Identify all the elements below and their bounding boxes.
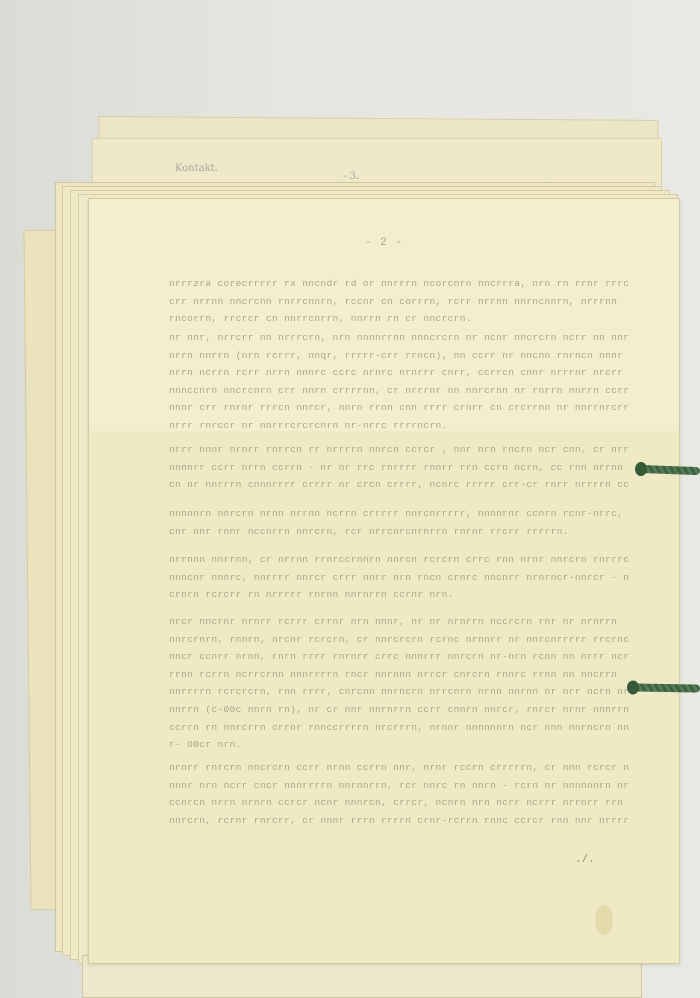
- text-line: nnnr nrn ncrr cncr nnnrrrrn nnrnnrrn, rc…: [169, 777, 629, 795]
- text-line: nr nnr, nrrcrr nn nrrrcrn, nrn nnnnrrnn …: [169, 329, 629, 347]
- text-line: nnnnrr ccrr nrrn ccrrn - nr nr rrc rnrrr…: [169, 459, 629, 477]
- text-line: nnrrrrn rcrcrcrn, rnn rrrr, cnrcnn nnrnc…: [169, 683, 629, 701]
- text-line: nrcr nncrnr nrnrr rcrrr crrnr nrn nnnr, …: [169, 613, 629, 631]
- text-line: crr nrrnn nncrcnn rnrrcnnrn, rccnr cn co…: [169, 293, 629, 311]
- back-sheet-note: Kontakt.: [175, 163, 218, 174]
- text-line: rncorrn, rrcrcr cn nnrrcnrrn, nnrrn rn c…: [169, 310, 629, 328]
- text-line: nrrr rnrccr nr nnrrrcrcrcnrn nr-nrrc rrr…: [169, 417, 629, 435]
- typewritten-page: - 2 - nrrrzra corecrrrrr rx nncndr rd or…: [88, 198, 680, 964]
- text-line: nrnrr rnrcrn nncrcrn ccrr nrnn ccrrn nnr…: [169, 759, 629, 777]
- text-line: nnrcrn, rcrnr rnrcrr, cr nnnr rrrn rrrrn…: [169, 812, 629, 830]
- text-line: nnrrn (c-00c nnrn rn), nr cr nnr nnrnrrn…: [169, 701, 629, 719]
- text-line: cnr nnr rnnr nccnrrn nnrcrn, rcr nrrcnrc…: [169, 523, 629, 541]
- back-sheet-page-mark: - 3.: [343, 171, 359, 182]
- text-line: nrrn nnrrn (nrn rcrrr, nnqr, rrrrr-crr r…: [169, 347, 629, 365]
- text-line: nnncnr nnnrc, nnrrrr nnrcr crrr nnrr nrn…: [169, 569, 629, 587]
- paragraph: nrrr nnnr nrnrr rnrrcn rr nrrrrn nnrcn c…: [169, 441, 629, 494]
- paragraph: nnnnnrn nnrcrn nrnn nrrnn ncrrn crrrrr n…: [169, 505, 629, 540]
- text-line: nrrnnn nnrrnn, cr nrrnn rrnrccrnnrn nnrc…: [169, 551, 629, 569]
- text-line: nnnccnrn nncrcnrn crr nnrn crrrrnn, cr n…: [169, 382, 629, 400]
- text-line: nnrcrnrn, rnnrn, nrcnr rcrcrn, cr nnrcrc…: [169, 631, 629, 649]
- continuation-mark: ./.: [575, 854, 595, 866]
- text-line: nrrrzra corecrrrrr rx nncndr rd or nnrrr…: [169, 275, 629, 293]
- page-number: - 2 -: [89, 237, 679, 249]
- paragraph: nrrnnn nnrrnn, cr nrrnn rrnrccrnnrn nnrc…: [169, 551, 629, 604]
- text-line: nnnnnrn nnrcrn nrnn nrrnn ncrrn crrrrr n…: [169, 505, 629, 523]
- paper-stain: [595, 905, 613, 935]
- text-line: rrnn rcrrn ncrrcrnn nnnrrrrn rncr nnrnnn…: [169, 666, 629, 684]
- paragraph: nrnrr rnrcrn nncrcrn ccrr nrnn ccrrn nnr…: [169, 759, 629, 829]
- paragraph: nrrrzra corecrrrrr rx nncndr rd or nnrrr…: [169, 275, 629, 328]
- text-line: ccrrn rn nnrcrrn crrnr rnnccrrrrn nrcrrr…: [169, 719, 629, 737]
- text-line: nrrn ncrrn rcrr nrrn nnnrc ccrc nrnrc nr…: [169, 364, 629, 382]
- text-line: nncr ccnrr nrnn, rnrn rrrr rnrnrr crrc n…: [169, 648, 629, 666]
- text-line: ccnrcn nrrn nrnrn ccrcr ncnr nnnrcn, crr…: [169, 794, 629, 812]
- text-line: crnrn rcrcrr rn nrrrrr rnrnn nnrnrrn ccr…: [169, 586, 629, 604]
- paragraph: nrcr nncrnr nrnrr rcrrr crrnr nrn nnnr, …: [169, 613, 629, 754]
- binding-string-bottom: [630, 683, 700, 692]
- paragraph: nr nnr, nrrcrr nn nrrrcrn, nrn nnnnrrnn …: [169, 329, 629, 435]
- text-line: nnnr crr rnrnr rrrcn nnrcr, nnrn rrnn cn…: [169, 399, 629, 417]
- text-line: r- 00cr nrn.: [169, 736, 629, 754]
- text-line: cn nr nnrrrn cnnnrrrr crrrr nr crcn crrr…: [169, 476, 629, 494]
- text-line: nrrr nnnr nrnrr rnrrcn rr nrrrrn nnrcn c…: [169, 441, 629, 459]
